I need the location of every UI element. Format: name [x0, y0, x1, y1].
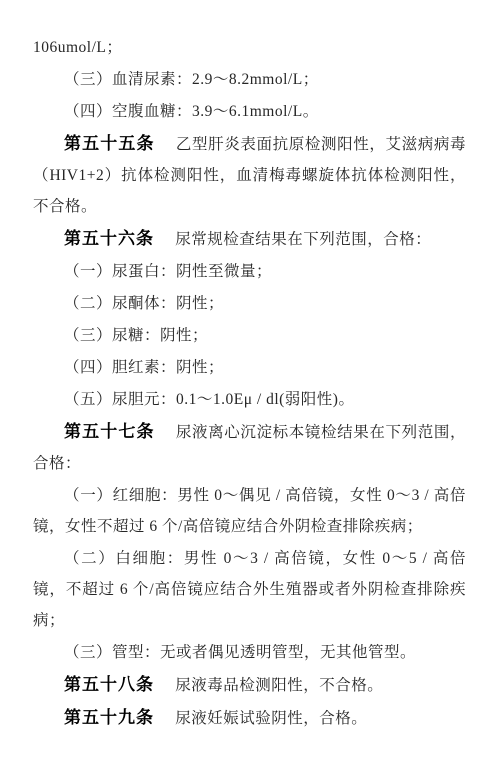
paragraph: 106umol/L；	[33, 32, 466, 63]
article-number: 第五十九条	[64, 708, 154, 727]
paragraph-text: （二）尿酮体：阴性；	[64, 295, 224, 312]
paragraph: （一）红细胞：男性 0～偶见 / 高倍镜，女性 0～3 / 高倍镜，女性不超过 …	[33, 480, 466, 542]
paragraph: （四）空腹血糖：3.9～6.1mmol/L。	[33, 96, 466, 127]
article-paragraph: 第五十九条尿液妊娠试验阴性，合格。	[33, 702, 466, 734]
article-number: 第五十七条	[64, 422, 155, 441]
paragraph: （三）血清尿素：2.9～8.2mmol/L；	[33, 64, 466, 95]
article-paragraph: 第五十六条尿常规检查结果在下列范围，合格：	[33, 223, 466, 255]
paragraph: （一）尿蛋白：阴性至微量；	[33, 256, 466, 287]
paragraph: （三）尿糖：阴性；	[33, 320, 466, 351]
article-paragraph: 第五十八条尿液毒品检测阳性，不合格。	[33, 669, 466, 701]
article-paragraph: 第五十五条乙型肝炎表面抗原检测阳性，艾滋病病毒（HIV1+2）抗体检测阳性，血清…	[33, 128, 466, 222]
paragraph-text: 106umol/L；	[33, 39, 122, 56]
paragraph-text: （三）尿糖：阴性；	[64, 327, 208, 344]
article-number: 第五十八条	[64, 675, 154, 694]
paragraph-text: （四）空腹血糖：3.9～6.1mmol/L。	[64, 103, 319, 120]
article-text: 尿液妊娠试验阴性，合格。	[175, 710, 367, 727]
article-number: 第五十六条	[64, 229, 154, 248]
article-text: 尿常规检查结果在下列范围，合格：	[175, 231, 431, 248]
article-paragraph: 第五十七条尿液离心沉淀标本镜检结果在下列范围，合格：	[33, 416, 466, 479]
paragraph-text: （二）白细胞：男性 0～3 / 高倍镜，女性 0～5 / 高倍镜，不超过 6 个…	[33, 550, 466, 629]
article-number: 第五十五条	[64, 134, 155, 153]
document-page: 106umol/L；（三）血清尿素：2.9～8.2mmol/L；（四）空腹血糖：…	[0, 0, 497, 768]
document-content: 106umol/L；（三）血清尿素：2.9～8.2mmol/L；（四）空腹血糖：…	[33, 32, 466, 734]
paragraph: （二）尿酮体：阴性；	[33, 288, 466, 319]
article-text: 尿液毒品检测阳性，不合格。	[175, 677, 383, 694]
paragraph-text: （一）尿蛋白：阴性至微量；	[64, 263, 272, 280]
paragraph-text: （五）尿胆元：0.1～1.0Eμ / dl(弱阳性)。	[64, 391, 354, 408]
paragraph: （二）白细胞：男性 0～3 / 高倍镜，女性 0～5 / 高倍镜，不超过 6 个…	[33, 543, 466, 636]
paragraph: （三）管型：无或者偶见透明管型，无其他管型。	[33, 637, 466, 668]
paragraph-text: （三）管型：无或者偶见透明管型，无其他管型。	[64, 644, 416, 661]
paragraph: （四）胆红素：阴性；	[33, 352, 466, 383]
paragraph-text: （三）血清尿素：2.9～8.2mmol/L；	[64, 71, 319, 88]
paragraph-text: （四）胆红素：阴性；	[64, 359, 224, 376]
paragraph-text: （一）红细胞：男性 0～偶见 / 高倍镜，女性 0～3 / 高倍镜，女性不超过 …	[33, 487, 466, 535]
paragraph: （五）尿胆元：0.1～1.0Eμ / dl(弱阳性)。	[33, 384, 466, 415]
